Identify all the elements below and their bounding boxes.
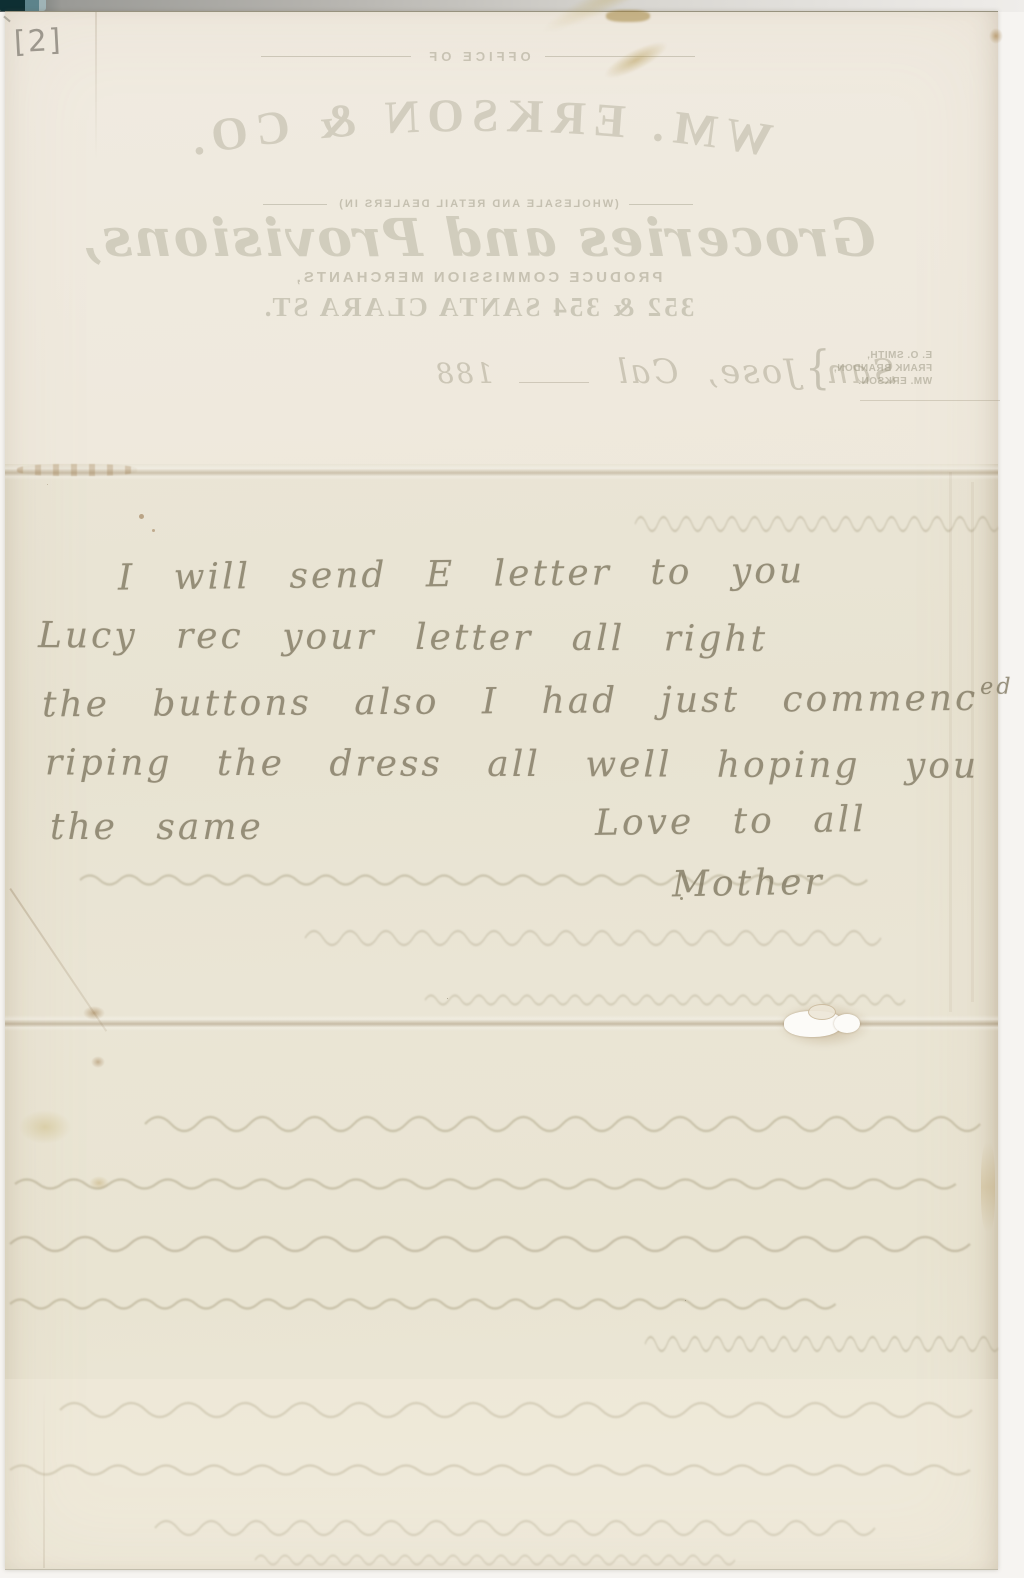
ghost-writing-line (60, 1403, 972, 1417)
letter-line: the same (50, 807, 264, 848)
letter-line-text: the buttons also I had just commenc (42, 678, 978, 726)
ghost-writing-line (425, 996, 905, 1005)
stain (19, 1110, 71, 1144)
ghost-writing-line (645, 1337, 998, 1351)
rule-line (545, 56, 695, 57)
letter-line: I will send E letter to you (118, 550, 806, 598)
ghost-writing-line (635, 517, 998, 531)
paper-wrinkle (971, 482, 974, 1002)
rule-line (261, 56, 411, 57)
ghost-writing-line (145, 1117, 980, 1131)
letterhead-dateline-place: San Jose, Cal (615, 352, 896, 392)
letter-superscript: ed (980, 674, 1014, 700)
specks (139, 514, 144, 519)
crease-stain (17, 464, 137, 476)
ghost-writing-overlay (5, 12, 998, 1569)
rule-line (263, 204, 327, 205)
letterhead-company: WM. ERKSON & CO. (180, 90, 777, 167)
letter-line: riping the dress all well hoping you (45, 742, 979, 786)
dateline-blank-rule (519, 382, 589, 383)
ghost-writing-line (10, 1466, 970, 1475)
letterhead-dateline-year: 188 (434, 357, 493, 390)
letterhead-dealers-in: (WHOLESALE AND RETAIL DEALERS IN) (337, 198, 619, 210)
rule-line (629, 204, 693, 205)
fold-crease-vertical (95, 12, 97, 162)
dateline-year-rule (860, 400, 1000, 401)
letterhead-partner: WM. ERKSON. (833, 375, 932, 388)
fold-crease-horizontal (5, 1015, 998, 1031)
letterhead-company-arc: WM. ERKSON & CO. (5, 71, 951, 185)
paper-wrinkle (949, 472, 952, 1012)
stain (989, 28, 1003, 44)
letter-paper: [2] OFFICE OF WM. ERKSON & CO. (WHOLESAL… (5, 11, 998, 1570)
letter-signature: Mother (672, 862, 825, 906)
svg-text:WM. ERKSON & CO.: WM. ERKSON & CO. (180, 90, 777, 167)
ghost-writing-line (305, 931, 881, 945)
stain (600, 35, 671, 85)
letter-line: the buttons also I had just commenced (42, 678, 1012, 726)
letterhead-brace: } (805, 342, 830, 395)
fold-crease-horizontal (5, 464, 998, 480)
fold-crease-vertical (43, 1390, 45, 1568)
ghost-writing-line (155, 1521, 875, 1535)
paper-hole (784, 1011, 842, 1037)
ghost-writing-line (255, 1556, 735, 1565)
page-number-annotation: [2] (13, 23, 63, 60)
stain (89, 1176, 109, 1190)
ghost-writing-line (10, 1300, 836, 1309)
letter-line: Lucy rec your letter all right (38, 615, 768, 660)
ghost-writing-line (10, 1237, 970, 1251)
pencil-tick (3, 16, 10, 23)
letterhead-partners: E. O. SMITH, FRANK BRANDON, WM. ERKSON. … (805, 345, 932, 391)
letterhead-partner: E. O. SMITH, (833, 349, 932, 362)
letterhead-dealers-row: (WHOLESALE AND RETAIL DEALERS IN) (5, 198, 951, 210)
paper-hole-ring (777, 1002, 871, 1048)
letterhead-address: 352 & 354 SANTA CLARA ST. (5, 292, 951, 323)
letterhead-office-of-row: OFFICE OF (5, 49, 951, 64)
stain (606, 10, 650, 22)
stain (981, 1142, 995, 1232)
letterhead-office-of: OFFICE OF (425, 49, 530, 64)
crease-stain (91, 1056, 105, 1068)
letterhead-trade-name: Groceries and Provisions, (5, 208, 951, 269)
ghost-writing-line (15, 1180, 956, 1189)
letterhead-dateline: San Jose, Cal 188 (365, 352, 965, 392)
fold-crease-diagonal (9, 888, 107, 1032)
binder-clip (0, 0, 46, 11)
letterhead-partner: FRANK BRANDON, (833, 362, 932, 375)
letterhead-merchants: PRODUCE COMMISSION MERCHANTS, (5, 269, 951, 286)
crease-stain (83, 1006, 105, 1020)
letter-closing: Love to all (595, 799, 867, 844)
